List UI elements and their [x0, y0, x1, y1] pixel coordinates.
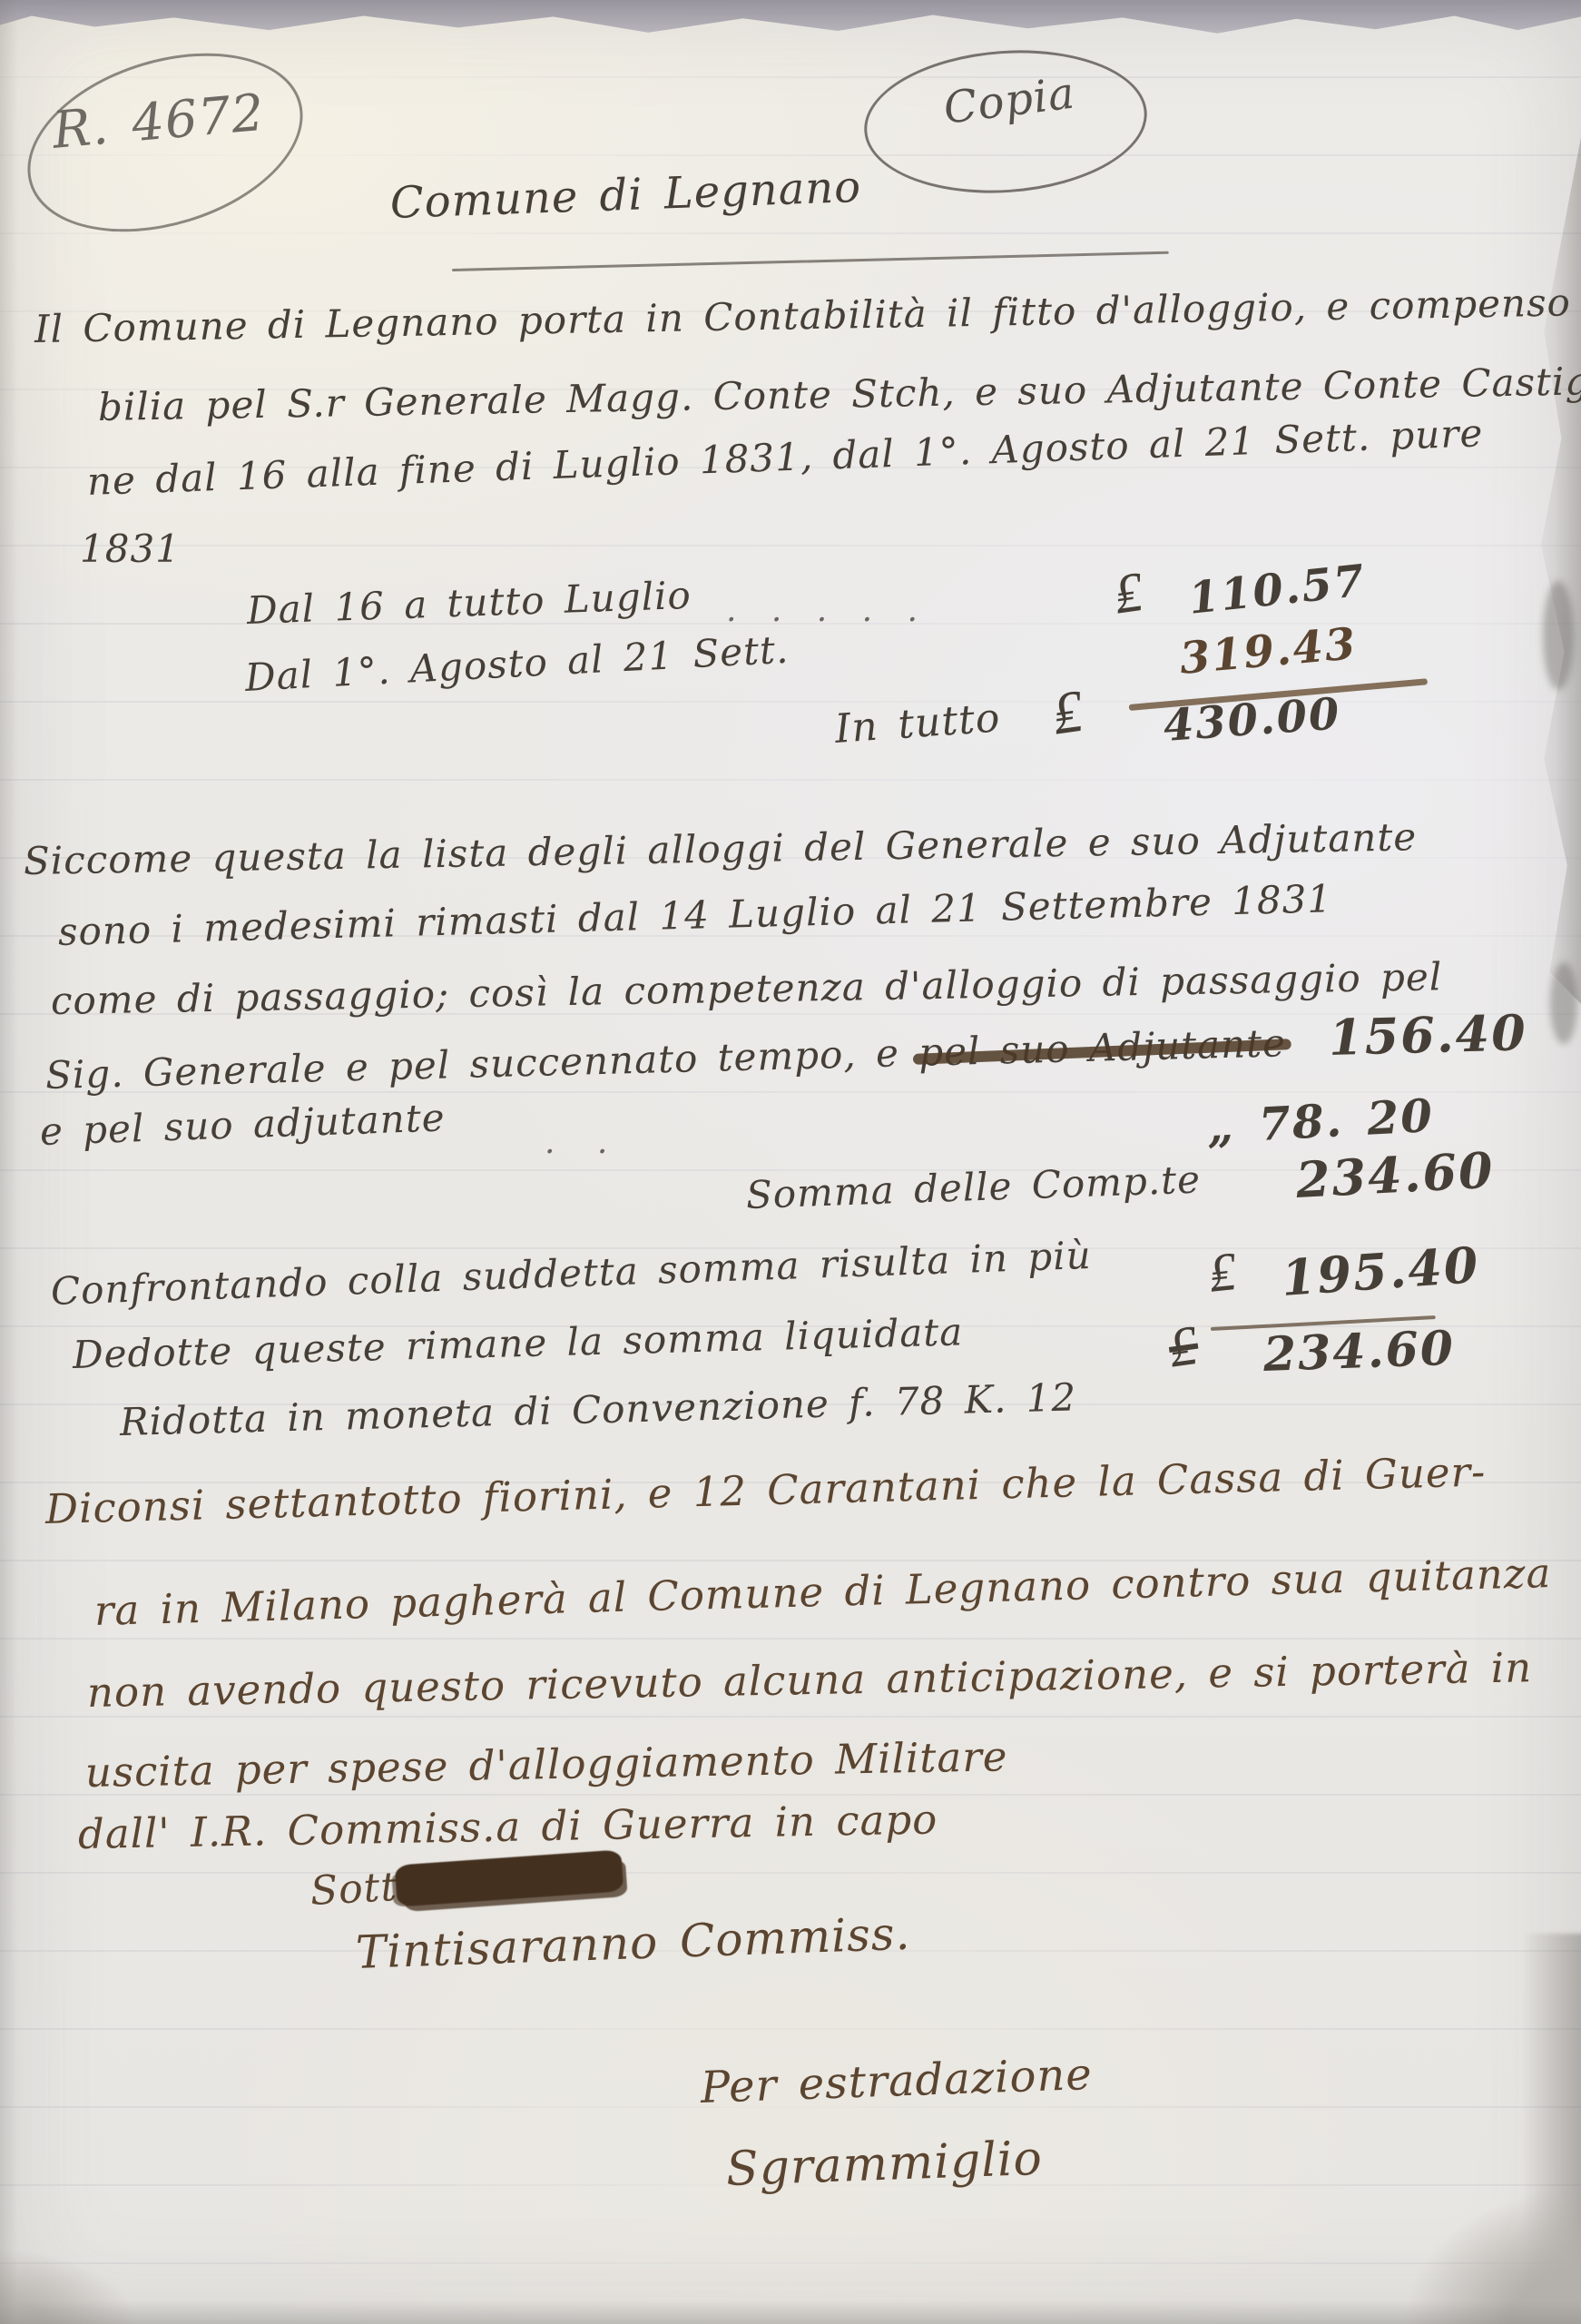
passage-amount-adjutant: „ 78. 20 — [1205, 1088, 1435, 1154]
currency-sign: ₤ — [1048, 675, 1089, 750]
comparison-line-label: Confrontando colla suddetta somma risult… — [50, 1233, 1092, 1314]
passage-amount-general: 156.40 — [1328, 1003, 1527, 1067]
per-estradazione-label: Per estradazione — [700, 2049, 1094, 2113]
leader-dots: . . . . . — [726, 592, 927, 629]
manuscript-line: Siccome questa la lista degli alloggi de… — [24, 814, 1418, 883]
worn-corner-bottom-right — [1309, 2106, 1581, 2324]
document-title: Comune di Legnano — [389, 162, 862, 229]
currency-sign: ₤ — [1164, 1311, 1203, 1382]
currency-sign: ₤ — [1205, 1239, 1240, 1305]
torn-paper-edge-right — [1527, 118, 1581, 1008]
struck-text: pel suo Adjutante — [918, 1020, 1287, 1075]
manuscript-line: Il Comune di Legnano porta in Contabilit… — [34, 277, 1581, 351]
manuscript-line: e pel suo adjutante — [39, 1095, 446, 1154]
liquidated-line-label: Dedotte queste rimane la somma liquidata — [72, 1309, 963, 1377]
manuscript-line: 1831 — [80, 527, 181, 571]
secretary-signature: Sgrammiglio — [725, 2132, 1044, 2197]
account-row2-amount: 319.43 — [1178, 618, 1360, 684]
manuscript-page: R. 4672 Copia Comune di Legnano Il Comun… — [0, 0, 1581, 2324]
manuscript-line: Diconsi settantotto fiorini, e 12 Carant… — [44, 1447, 1487, 1533]
line-text: Sig. Generale e pel succennato tempo, e — [44, 1030, 899, 1098]
account-row1-label: Dal 16 a tutto Luglio — [246, 573, 692, 633]
title-underline — [452, 251, 1169, 271]
manuscript-line: ra in Milano pagherà al Comune di Legnan… — [93, 1549, 1552, 1635]
manuscript-line: sono i medesimi rimasti dal 14 Luglio al… — [57, 876, 1332, 954]
manuscript-line: non avendo questo ricevuto alcuna antici… — [87, 1643, 1533, 1717]
manuscript-line: dall' I.R. Commiss.a di Guerra in capo — [78, 1795, 938, 1858]
currency-sign: ₤ — [1110, 557, 1148, 628]
account-row1-amount: 110.57 — [1186, 556, 1368, 625]
sum-of-dues-label: Somma delle Comp.te — [745, 1157, 1202, 1217]
paper-stain — [1550, 962, 1577, 1044]
paper-stain — [1543, 581, 1574, 690]
surplus-amount: 195.40 — [1280, 1236, 1482, 1307]
paper-edge-left — [0, 0, 18, 2324]
sum-of-dues-amount: 234.60 — [1294, 1141, 1496, 1209]
commissary-signature: Tintisaranno Commiss. — [355, 1907, 911, 1979]
account-total-amount: 430.00 — [1162, 688, 1342, 752]
account-total-label: In tutto — [833, 694, 1002, 753]
account-row2-label: Dal 1°. Agosto al 21 Sett. — [244, 627, 790, 700]
liquidated-amount: 234.60 — [1262, 1321, 1456, 1383]
ink-blot — [395, 1849, 624, 1906]
conversion-line: Ridotta in moneta di Convenzione f. 78 K… — [119, 1374, 1076, 1444]
manuscript-line: uscita per spese d'alloggiamento Militar… — [85, 1732, 1008, 1797]
torn-paper-edge-top — [0, 0, 1581, 42]
leader-dots: . . — [545, 1124, 620, 1161]
paper-edge-bottom — [0, 2300, 1581, 2324]
